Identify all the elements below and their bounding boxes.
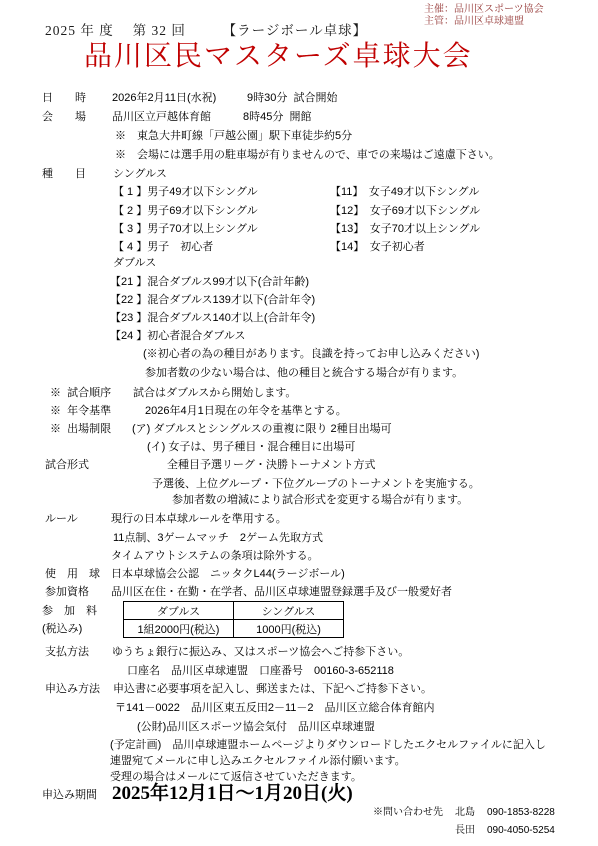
rule-order-text: 試合はダブルスから開始します。 [133, 387, 296, 400]
datetime-time: 9時30分 試合開始 [247, 92, 337, 105]
contact-name-1: 北島 [455, 806, 475, 819]
application-line-1: 申込書に必要事項を記入し、郵送または、下記へご持参下さい。 [113, 683, 432, 696]
supervisor-line: 主管：品川区卓球連盟 [424, 16, 524, 28]
singles-item-4: 【 4 】男子 初心者 [113, 241, 213, 254]
fee-label: 参 加 料 [42, 605, 97, 618]
application-line-3: (公財)品川区スポーツ協会気付 品川区卓球連盟 [137, 721, 375, 734]
venue-time: 8時45分 開館 [243, 111, 311, 124]
format-line-2: 予選後、上位グループ・下位グループのトーナメントを実施する。 [152, 478, 480, 491]
singles-heading: シングルス [113, 168, 167, 181]
rule-order-label: ※ 試合順序 [50, 387, 111, 400]
contact-name-2: 長田 [455, 824, 475, 837]
application-line-4: (予定計画) 品川卓球連盟ホームページよりダウンロードしたエクセルファイルに記入… [110, 739, 546, 752]
doubles-item-21: 【21 】混合ダブルス99才以下(合計年齢) [110, 276, 309, 289]
application-address: 〒141－0022 品川区東五反田2－11－2 品川区立総合体育館内 [115, 702, 434, 715]
datetime-label: 日 時 [42, 92, 86, 105]
edition-line: 2025 年 度 第 32 回 【ラージボール卓球】 [45, 24, 367, 37]
tournament-flyer: 主催：品川区スポーツ協会 主管：品川区卓球連盟 2025 年 度 第 32 回 … [0, 0, 598, 846]
contact-phone-1: 090-1853-8228 [487, 806, 555, 819]
payment-account-text: 口座名 品川区卓球連盟 口座番号 00160-3-652118 [127, 665, 394, 678]
format-line-3: 参加者数の増減により試合形式を変更する場合が有ります。 [172, 494, 468, 507]
events-merge-note: 参加者数の少ない場合は、他の種目と統合する場合が有ります。 [145, 367, 463, 380]
rules-line-2: 11点制、3ゲームマッチ 2ゲーム先取方式 [113, 532, 323, 545]
rule-entry-text-b: (イ) 女子は、男子種目・混合種目に出場可 [147, 441, 355, 454]
doubles-item-22: 【22 】混合ダブルス139才以下(合計年令) [110, 294, 315, 307]
singles-item-1: 【 1 】男子49才以下シングル [113, 186, 258, 199]
venue-label: 会 場 [42, 111, 86, 124]
fee-value-doubles: 1組2000円(税込) [124, 620, 234, 638]
rules-label: ルール [45, 513, 78, 526]
venue-parking-note: ※ 会場には選手用の駐車場が有りませんので、車での来場はご遠慮下さい。 [115, 149, 500, 162]
fee-header-singles: シングルス [234, 602, 344, 620]
venue-access-note: ※ 東急大井町線「戸越公園」駅下車徒歩約5分 [115, 130, 352, 143]
rule-age-label: ※ 年令基準 [50, 405, 111, 418]
application-label: 申込み方法 [45, 683, 100, 696]
rule-age-text: 2026年4月1日現在の年令を基準とする。 [145, 405, 347, 418]
payment-label: 支払方法 [45, 646, 89, 659]
eligibility-text: 品川区在住・在勤・在学者、品川区卓球連盟登録選手及び一般愛好者 [111, 586, 452, 599]
singles-item-3: 【 3 】男子70才以上シングル [113, 223, 258, 236]
rule-entry-label: ※ 出場制限 [50, 423, 111, 436]
period-label: 申込み期間 [42, 789, 97, 802]
fee-header-doubles: ダブルス [124, 602, 234, 620]
fee-tax-label: (税込み) [42, 623, 82, 636]
eligibility-label: 参加資格 [45, 586, 89, 599]
page-title: 品川区民マスターズ卓球大会 [84, 42, 473, 72]
contact-prefix: ※問い合わせ先 [373, 806, 443, 819]
application-line-5: 連盟宛てメールに申し込みエクセルファイル添付願います。 [110, 755, 406, 768]
datetime-date: 2026年2月11日(水祝) [112, 92, 216, 105]
format-label: 試合形式 [45, 459, 89, 472]
singles-item-12: 【12】 女子69才以下シングル [330, 205, 480, 218]
fee-value-singles: 1000円(税込) [234, 620, 344, 638]
rules-line-3: タイムアウトシステムの条項は除外する。 [111, 550, 319, 563]
events-beginner-note: (※初心者の為の種目があります。良識を持ってお申し込みください) [143, 348, 479, 361]
singles-item-2: 【 2 】男子69才以下シングル [113, 205, 258, 218]
singles-item-11: 【11】 女子49才以下シングル [330, 186, 479, 199]
format-line-1: 全種目予選リーグ・決勝トーナメント方式 [167, 459, 376, 472]
rule-entry-text-a: (ア) ダブルスとシングルスの重複に限り 2種目出場可 [132, 423, 392, 436]
ball-text: 日本卓球協会公認 ニッタクL44(ラージボール) [111, 568, 345, 581]
doubles-heading: ダブルス [113, 257, 156, 270]
events-label: 種 目 [42, 168, 86, 181]
ball-label: 使 用 球 [45, 568, 100, 581]
organizer-line: 主催：品川区スポーツ協会 [424, 4, 544, 16]
rules-line-1: 現行の日本卓球ルールを準用する。 [111, 513, 287, 526]
doubles-item-23: 【23 】混合ダブルス140才以上(合計年令) [110, 312, 315, 325]
fee-table: ダブルス シングルス 1組2000円(税込) 1000円(税込) [123, 601, 344, 638]
contact-phone-2: 090-4050-5254 [487, 824, 555, 837]
period-value: 2025年12月1日～1月20日(火) [112, 783, 353, 805]
singles-item-14: 【14】 女子初心者 [330, 241, 425, 254]
payment-method-text: ゆうちょ銀行に振込み、又はスポーツ協会へご持参下さい。 [112, 646, 409, 659]
singles-item-13: 【13】 女子70才以上シングル [330, 223, 480, 236]
doubles-item-24: 【24 】初心者混合ダブルス [110, 330, 246, 343]
venue-name: 品川区立戸越体育館 [112, 111, 211, 124]
